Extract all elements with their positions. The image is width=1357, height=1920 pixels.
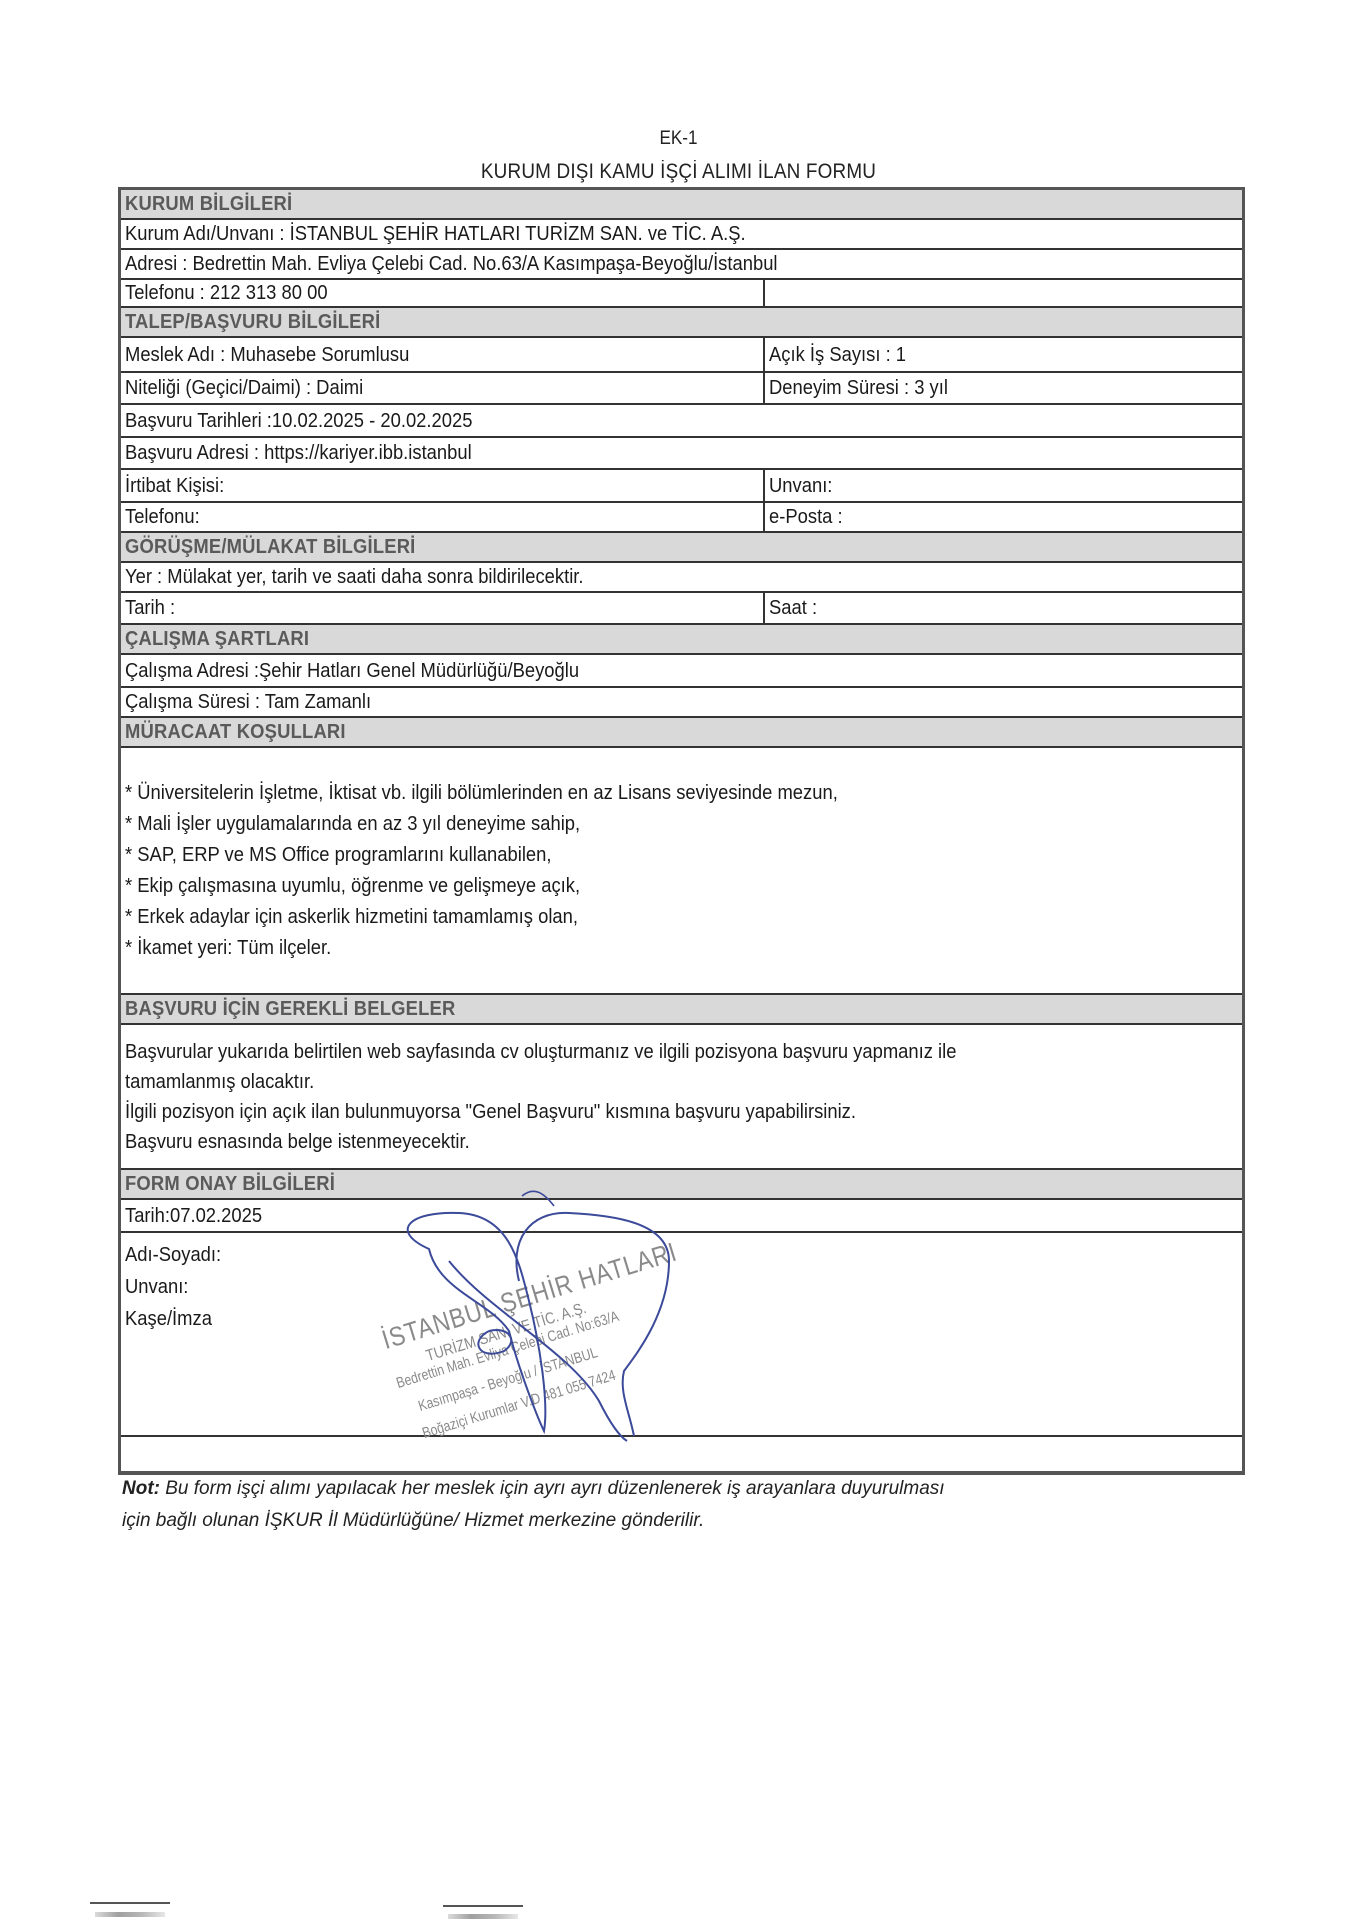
row-empty-footer xyxy=(121,1437,1242,1471)
note-text: için bağlı olunan İŞKUR İl Müdürlüğüne/ … xyxy=(122,1510,704,1531)
section-header-talep: TALEP/BAŞVURU BİLGİLERİ xyxy=(121,308,1242,338)
row-work-duration: Çalışma Süresi : Tam Zamanlı xyxy=(121,688,1242,718)
row-interview-place: Yer : Mülakat yer, tarih ve saati daha s… xyxy=(121,563,1242,593)
row-profession: Meslek Adı : Muhasebe Sorumlusu Açık İş … xyxy=(121,338,1242,373)
section-title: FORM ONAY BİLGİLERİ xyxy=(125,1174,335,1194)
institution-name: Kurum Adı/Unvanı : İSTANBUL ŞEHİR HATLAR… xyxy=(125,224,746,244)
footer-note-line2: için bağlı olunan İŞKUR İl Müdürlüğüne/ … xyxy=(122,1510,704,1532)
documents-line: tamamlanmış olacaktır. xyxy=(125,1072,314,1092)
profession-name: Meslek Adı : Muhasebe Sorumlusu xyxy=(125,345,409,365)
section-title: KURUM BİLGİLERİ xyxy=(125,194,292,214)
experience-duration: Deneyim Süresi : 3 yıl xyxy=(769,378,948,398)
section-title: GÖRÜŞME/MÜLAKAT BİLGİLERİ xyxy=(125,537,415,557)
row-requirements: * Üniversitelerin İşletme, İktisat vb. i… xyxy=(121,748,1242,995)
row-interview-datetime: Tarih : Saat : xyxy=(121,593,1242,625)
note-text: Bu form işçi alımı yapılacak her meslek … xyxy=(160,1478,945,1499)
documents-line: Başvuru esnasında belge istenmeyecektir. xyxy=(125,1132,470,1152)
institution-phone: Telefonu : 212 313 80 00 xyxy=(125,283,328,303)
section-header-belgeler: BAŞVURU İÇİN GEREKLİ BELGELER xyxy=(121,995,1242,1025)
row-documents: Başvurular yukarıda belirtilen web sayfa… xyxy=(121,1025,1242,1170)
section-title: ÇALIŞMA ŞARTLARI xyxy=(125,629,309,649)
form-title: KURUM DIŞI KAMU İŞÇİ ALIMI İLAN FORMU xyxy=(68,160,1289,184)
row-work-address: Çalışma Adresi :Şehir Hatları Genel Müdü… xyxy=(121,655,1242,688)
interview-place: Yer : Mülakat yer, tarih ve saati daha s… xyxy=(125,567,584,587)
interview-time-label: Saat : xyxy=(769,598,817,618)
scan-mark xyxy=(448,1914,518,1919)
open-positions: Açık İş Sayısı : 1 xyxy=(769,345,906,365)
section-header-onay: FORM ONAY BİLGİLERİ xyxy=(121,1170,1242,1200)
name-label: Adı-Soyadı: xyxy=(125,1245,221,1265)
row-application-url: Başvuru Adresi : https://kariyer.ibb.ist… xyxy=(121,438,1242,470)
documents-line: İlgili pozisyon için açık ilan bulunmuyo… xyxy=(125,1102,856,1122)
interview-date-label: Tarih : xyxy=(125,598,175,618)
requirements-list: * Üniversitelerin İşletme, İktisat vb. i… xyxy=(121,748,1242,993)
section-title: MÜRACAAT KOŞULLARI xyxy=(125,722,346,742)
documents-text: Başvurular yukarıda belirtilen web sayfa… xyxy=(121,1025,1242,1168)
work-address: Çalışma Adresi :Şehir Hatları Genel Müdü… xyxy=(125,661,579,681)
approval-date: Tarih:07.02.2025 xyxy=(125,1206,262,1226)
note-label: Not: xyxy=(122,1478,160,1499)
list-item: * Mali İşler uygulamalarında en az 3 yıl… xyxy=(125,814,580,834)
section-title: TALEP/BAŞVURU BİLGİLERİ xyxy=(125,312,380,332)
row-application-dates: Başvuru Tarihleri :10.02.2025 - 20.02.20… xyxy=(121,405,1242,438)
section-header-kurum: KURUM BİLGİLERİ xyxy=(121,190,1242,220)
list-item: * SAP, ERP ve MS Office programlarını ku… xyxy=(125,845,551,865)
row-institution-address: Adresi : Bedrettin Mah. Evliya Çelebi Ca… xyxy=(121,250,1242,280)
company-stamp: İSTANBUL ŞEHİR HATLARI TURİZM SAN. VE Tİ… xyxy=(369,1241,699,1441)
section-header-gorusme: GÖRÜŞME/MÜLAKAT BİLGİLERİ xyxy=(121,533,1242,563)
title-label: Unvanı: xyxy=(125,1277,188,1297)
position-nature: Niteliği (Geçici/Daimi) : Daimi xyxy=(125,378,363,398)
contact-title-label: Unvanı: xyxy=(769,476,832,496)
section-title: BAŞVURU İÇİN GEREKLİ BELGELER xyxy=(125,999,455,1019)
signature-scribble-icon xyxy=(369,1201,699,1441)
stamp-signature-label: Kaşe/İmza xyxy=(125,1309,212,1329)
list-item: * İkamet yeri: Tüm ilçeler. xyxy=(125,938,331,958)
section-header-muracaat: MÜRACAAT KOŞULLARI xyxy=(121,718,1242,748)
annex-label: EK-1 xyxy=(68,128,1289,150)
list-item: * Üniversitelerin İşletme, İktisat vb. i… xyxy=(125,783,838,803)
work-duration: Çalışma Süresi : Tam Zamanlı xyxy=(125,692,371,712)
row-institution-name: Kurum Adı/Unvanı : İSTANBUL ŞEHİR HATLAR… xyxy=(121,220,1242,250)
application-url: Başvuru Adresi : https://kariyer.ibb.ist… xyxy=(125,443,472,463)
job-posting-form: KURUM BİLGİLERİ Kurum Adı/Unvanı : İSTAN… xyxy=(118,187,1245,1475)
scan-mark xyxy=(443,1905,523,1907)
contact-phone-label: Telefonu: xyxy=(125,507,200,527)
contact-email-label: e-Posta : xyxy=(769,507,843,527)
section-header-calisma: ÇALIŞMA ŞARTLARI xyxy=(121,625,1242,655)
footer-note-line1: Not: Bu form işçi alımı yapılacak her me… xyxy=(122,1478,945,1500)
row-contact-person: İrtibat Kişisi: Unvanı: xyxy=(121,470,1242,503)
scan-mark xyxy=(95,1912,165,1917)
documents-line: Başvurular yukarıda belirtilen web sayfa… xyxy=(125,1042,956,1062)
contact-person-label: İrtibat Kişisi: xyxy=(125,476,224,496)
institution-address: Adresi : Bedrettin Mah. Evliya Çelebi Ca… xyxy=(125,254,778,274)
row-nature: Niteliği (Geçici/Daimi) : Daimi Deneyim … xyxy=(121,373,1242,405)
application-dates: Başvuru Tarihleri :10.02.2025 - 20.02.20… xyxy=(125,411,472,431)
row-signature: Adı-Soyadı: Unvanı: Kaşe/İmza İSTANBUL Ş… xyxy=(121,1233,1242,1437)
row-institution-phone: Telefonu : 212 313 80 00 xyxy=(121,280,1242,308)
list-item: * Ekip çalışmasına uyumlu, öğrenme ve ge… xyxy=(125,876,580,896)
scan-mark xyxy=(90,1902,170,1904)
row-contact-phone: Telefonu: e-Posta : xyxy=(121,503,1242,533)
list-item: * Erkek adaylar için askerlik hizmetini … xyxy=(125,907,578,927)
